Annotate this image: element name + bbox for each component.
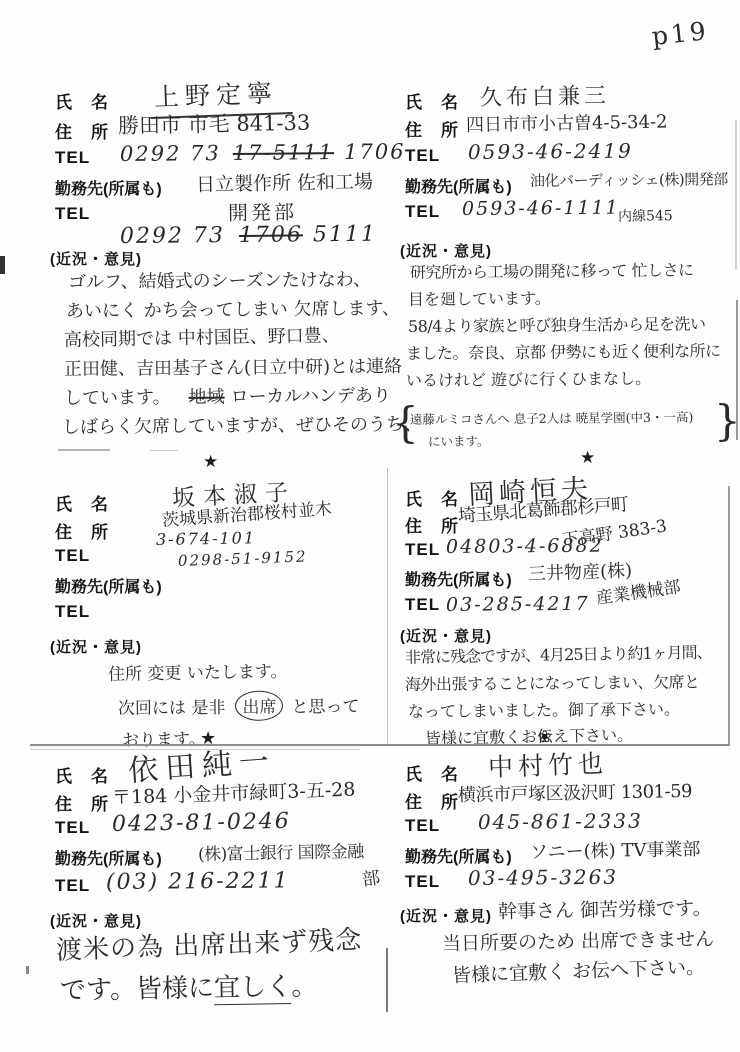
scanned-questionnaire-page: p19 氏 名 上野定寧 住 所 勝田市 市毛 841-33 TEL 0292 … — [0, 0, 740, 1052]
tel-value: 04803-4-6882 — [446, 535, 604, 558]
tel2-value: 03-495-3263 — [468, 865, 618, 890]
name-label: 氏 名 — [55, 490, 109, 515]
workplace-value: (株)富士銀行 国際金融 — [198, 837, 364, 865]
comment-line: しています。地域ローカルハンデあり — [64, 381, 391, 410]
star-icon: ★ — [203, 452, 218, 472]
comment-circled-word: 出席 — [235, 691, 283, 721]
tel-label: TEL — [55, 148, 90, 168]
tel2-label: TEL — [55, 602, 90, 622]
name-label: 氏 名 — [405, 760, 459, 785]
divider-dash — [150, 450, 178, 451]
workplace-label: 勤務先(所属も) — [405, 174, 512, 197]
comment-label: (近況・意見) — [400, 240, 492, 261]
tel2-value: 03-285-4217 — [446, 593, 590, 616]
tel-label: TEL — [55, 546, 90, 566]
note-line: にいます。 — [428, 431, 490, 450]
comment-line: ました。奈良、京都 伊勢にも近く便利な所に — [406, 338, 721, 364]
tel2-value: 0292 7317065111 — [120, 222, 377, 249]
address-label: 住 所 — [405, 116, 459, 141]
workplace-value: ソニー(株) TV事業部 — [530, 835, 701, 864]
page-number: p19 — [650, 16, 710, 51]
tel2-extension: 内線545 — [618, 205, 673, 226]
tel-part: 1706 — [344, 140, 406, 165]
scan-streak — [736, 300, 738, 440]
comment-line: いるけれど 遊びに行くひまなし。 — [406, 366, 651, 391]
workplace-label: 勤務先(所属も) — [55, 574, 162, 597]
comment-line: ゴルフ、結婚式のシーズンたけなわ、 — [68, 265, 371, 294]
comment-part: 。 — [291, 972, 318, 1002]
comment-underlined-word: 宜しく — [214, 972, 292, 1005]
tel-struck: 1706 — [239, 222, 303, 248]
workplace-label: 勤務先(所属も) — [405, 567, 512, 590]
address-value: 四日市市小古曽4-5-34-2 — [466, 107, 668, 137]
star-icon: ★ — [580, 448, 595, 468]
scan-streak — [735, 120, 737, 270]
tel-value: 0298-51-9152 — [178, 547, 308, 570]
comment-line: 海外出張することになってしまい、欠席と — [405, 669, 700, 695]
workplace-label: 勤務先(所属も) — [405, 844, 512, 867]
address-label: 住 所 — [55, 790, 109, 815]
name-label: 氏 名 — [55, 88, 109, 113]
tel-label: TEL — [405, 540, 440, 560]
tel-struck: 17-5111 — [233, 140, 334, 165]
column-divider-line-bottom — [386, 948, 388, 1012]
comment-struck: 地域 — [188, 387, 224, 408]
comment-line: 住所 変更 いたします。 — [108, 657, 288, 685]
tel-value: 0292 7317-51111706 — [120, 140, 406, 166]
tel-label: TEL — [405, 816, 440, 836]
tel-part: 0292 73 — [120, 223, 225, 249]
comment-part: 次回には 是非 — [118, 698, 226, 719]
comment-line: 皆様に宜敷く お伝へ下さい。 — [452, 952, 706, 988]
comment-line: 正田健、吉田基子さん(日立中研)とは連絡 — [64, 352, 402, 381]
comment-label: (近況・意見) — [400, 905, 492, 926]
workplace-value: 日立製作所 佐和工場 — [196, 167, 373, 197]
name-label: 氏 名 — [405, 485, 459, 510]
row-divider-line — [30, 744, 730, 746]
address-value: 横浜市戸塚区汲沢町 1301-59 — [458, 777, 692, 807]
comment-line: 次回には 是非出席と思って — [118, 690, 360, 722]
tel2-label: TEL — [55, 204, 90, 224]
comment-line: 高校同期では 中村国臣、野口豊、 — [64, 321, 340, 352]
comment-label: (近況・意見) — [50, 636, 142, 657]
tel2-value: 0593-46-1111 — [462, 197, 620, 220]
comment-line: です。皆様に宜しく。 — [60, 966, 318, 1007]
scan-speck — [0, 256, 5, 274]
tel-part: 0292 73 — [120, 141, 221, 166]
comment-line: 目を廻しています。 — [408, 286, 551, 310]
tel2-label: TEL — [405, 872, 440, 892]
comment-line: しばらく欠席していますが、ぜひそのうち、 — [62, 410, 422, 439]
note-line: 遠藤ルミコさんへ 息子2人は 暁星学園(中3・一高) — [410, 408, 694, 428]
name-label: 氏 名 — [55, 762, 109, 787]
column-divider-line — [387, 468, 388, 744]
row-divider-line-faint — [30, 749, 360, 750]
tel-value: 0593-46-2419 — [468, 139, 633, 164]
comment-line: 58/4より家族と呼び独身生活から足を洗い — [408, 311, 706, 337]
comment-part: と思って — [291, 697, 359, 718]
workplace-value-line2: 開発部 — [228, 196, 297, 226]
address-value-line2: 3-674-101 — [156, 528, 256, 549]
comment-part: です。皆様に — [60, 973, 214, 1006]
address-value: 勝田市 市毛 841-33 — [118, 107, 311, 140]
comment-line: なってしまいました。御了承下さい。 — [408, 697, 680, 722]
tel-label: TEL — [405, 146, 440, 166]
address-label: 住 所 — [405, 788, 459, 813]
tel-label: TEL — [55, 818, 90, 838]
tel2-label: TEL — [55, 876, 90, 896]
name-value: 久布白兼三 — [480, 79, 611, 112]
comment-line: 非常に残念ですが、4月25日より約1ヶ月間、 — [405, 640, 712, 668]
tel2-label: TEL — [405, 595, 440, 615]
scan-speck — [26, 966, 29, 974]
tel2-label: TEL — [405, 202, 440, 222]
comment-line: 研究所から工場の開発に移って 忙しさに — [410, 258, 694, 283]
tel-value: 0423-81-0246 — [112, 809, 291, 837]
comment-line: 当日所要のため 出席できません — [442, 924, 714, 956]
comment-line: 幹事さん 御苦労様です。 — [498, 893, 712, 924]
comment-line: あいにく かち会ってしまい 欠席します、 — [66, 294, 400, 323]
comment-part: ローカルハンデあり — [230, 385, 391, 407]
address-label: 住 所 — [405, 512, 459, 537]
tel2-value: (03) 216-2211 — [106, 868, 290, 895]
comment-part: しています。 — [64, 387, 171, 409]
comment-label: (近況・意見) — [50, 248, 142, 269]
workplace-label: 勤務先(所属も) — [55, 846, 162, 869]
address-label: 住 所 — [55, 118, 109, 143]
address-label: 住 所 — [55, 518, 109, 543]
divider-dash — [58, 449, 110, 451]
tel-value: 045-861-2333 — [478, 809, 643, 834]
name-label: 氏 名 — [405, 88, 459, 113]
tel-part: 5111 — [313, 222, 377, 248]
workplace-value: 油化バーディッシェ(株)開発部 — [530, 168, 728, 191]
right-edge-line — [728, 486, 730, 744]
workplace-label: 勤務先(所属も) — [55, 176, 162, 199]
workplace-value-line2: 部 — [360, 864, 381, 892]
